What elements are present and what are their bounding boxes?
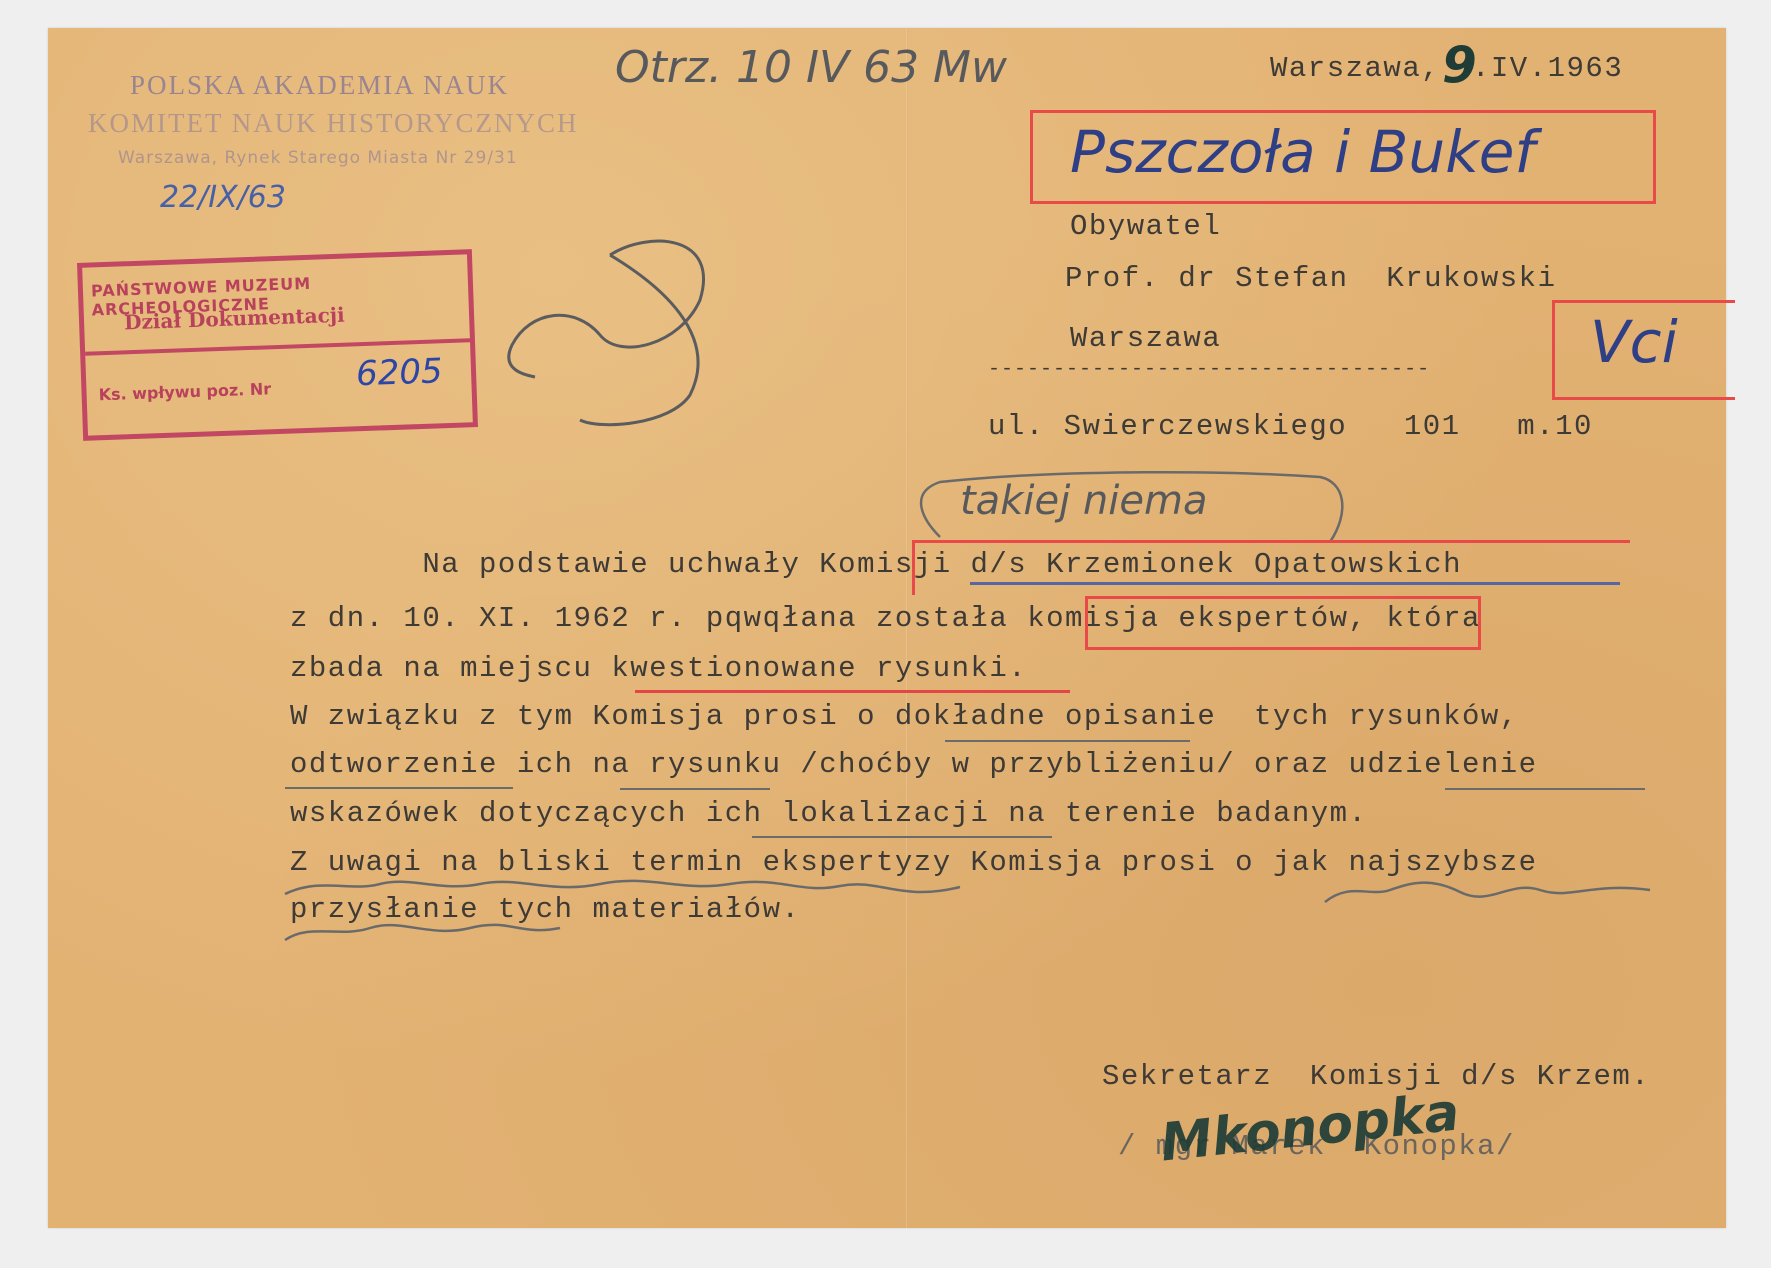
recipient-name: Prof. dr Stefan Krukowski: [1065, 262, 1556, 295]
red-underline-kwestionowane: [635, 690, 1070, 693]
recipient-divider: ----------------------------------: [988, 358, 1430, 381]
handwritten-names: Pszczoła i Bukef: [1070, 118, 1535, 186]
pencil-underline-udzielenie: [1445, 788, 1645, 790]
stamp-entry-number: 6205: [355, 351, 443, 394]
pencil-underline-na-rysunku: [620, 788, 770, 790]
body-line-5: odtworzenie ich na rysunku /choćby w prz…: [290, 748, 1538, 781]
pencil-received-note: Otrz. 10 IV 63 Mw: [615, 42, 1007, 93]
pencil-underline-dokladne-opisanie: [945, 740, 1190, 742]
stamp-entry-label: Ks. wpływu poz. Nr: [98, 379, 271, 404]
pencil-underline-lokalizacji: [752, 836, 1052, 838]
body-line-3: zbada na miejscu kwestionowane rysunki.: [290, 652, 1027, 685]
blue-underline-komisji: [970, 582, 1620, 585]
pencil-note-takiej-niema: takiej niema: [960, 478, 1207, 524]
red-box-komisja-ekspertow: [1085, 596, 1481, 650]
recipient-address: ul. Swierczewskiego 101 m.10: [988, 410, 1593, 443]
handwritten-initials: Vci: [1590, 308, 1678, 376]
pencil-wavy-underline-przyslanie: [280, 918, 580, 948]
body-line-4: W związku z tym Komisja prosi o dokładne…: [290, 700, 1519, 733]
letterhead-line2: KOMITET NAUK HISTORYCZNYCH: [88, 108, 579, 139]
pencil-wavy-underlines: [280, 872, 1660, 912]
date-place: Warszawa,: [1270, 52, 1440, 85]
museum-stamp: PAŃSTWOWE MUZEUM ARCHEOLOGICZNE Dział Do…: [77, 249, 478, 441]
letterhead-line1: POLSKA AKADEMIA NAUK: [130, 70, 509, 101]
signature-title: Sekretarz Komisji d/s Krzem.: [1102, 1060, 1650, 1093]
recipient-salutation: Obywatel: [1070, 210, 1221, 243]
handwritten-reference: 22/IX/63: [160, 180, 286, 215]
pencil-underline-odtworzenie: [285, 787, 513, 789]
recipient-city: Warszawa: [1070, 322, 1221, 355]
red-bracket-komisji: [912, 540, 1630, 595]
letterhead-address: Warszawa, Rynek Starego Miasta Nr 29/31: [118, 148, 518, 168]
body-line-6: wskazówek dotyczących ich lokalizacji na…: [290, 797, 1367, 830]
date-month-year: .IV.1963: [1472, 52, 1623, 85]
pencil-squiggle-mark: [490, 225, 730, 435]
